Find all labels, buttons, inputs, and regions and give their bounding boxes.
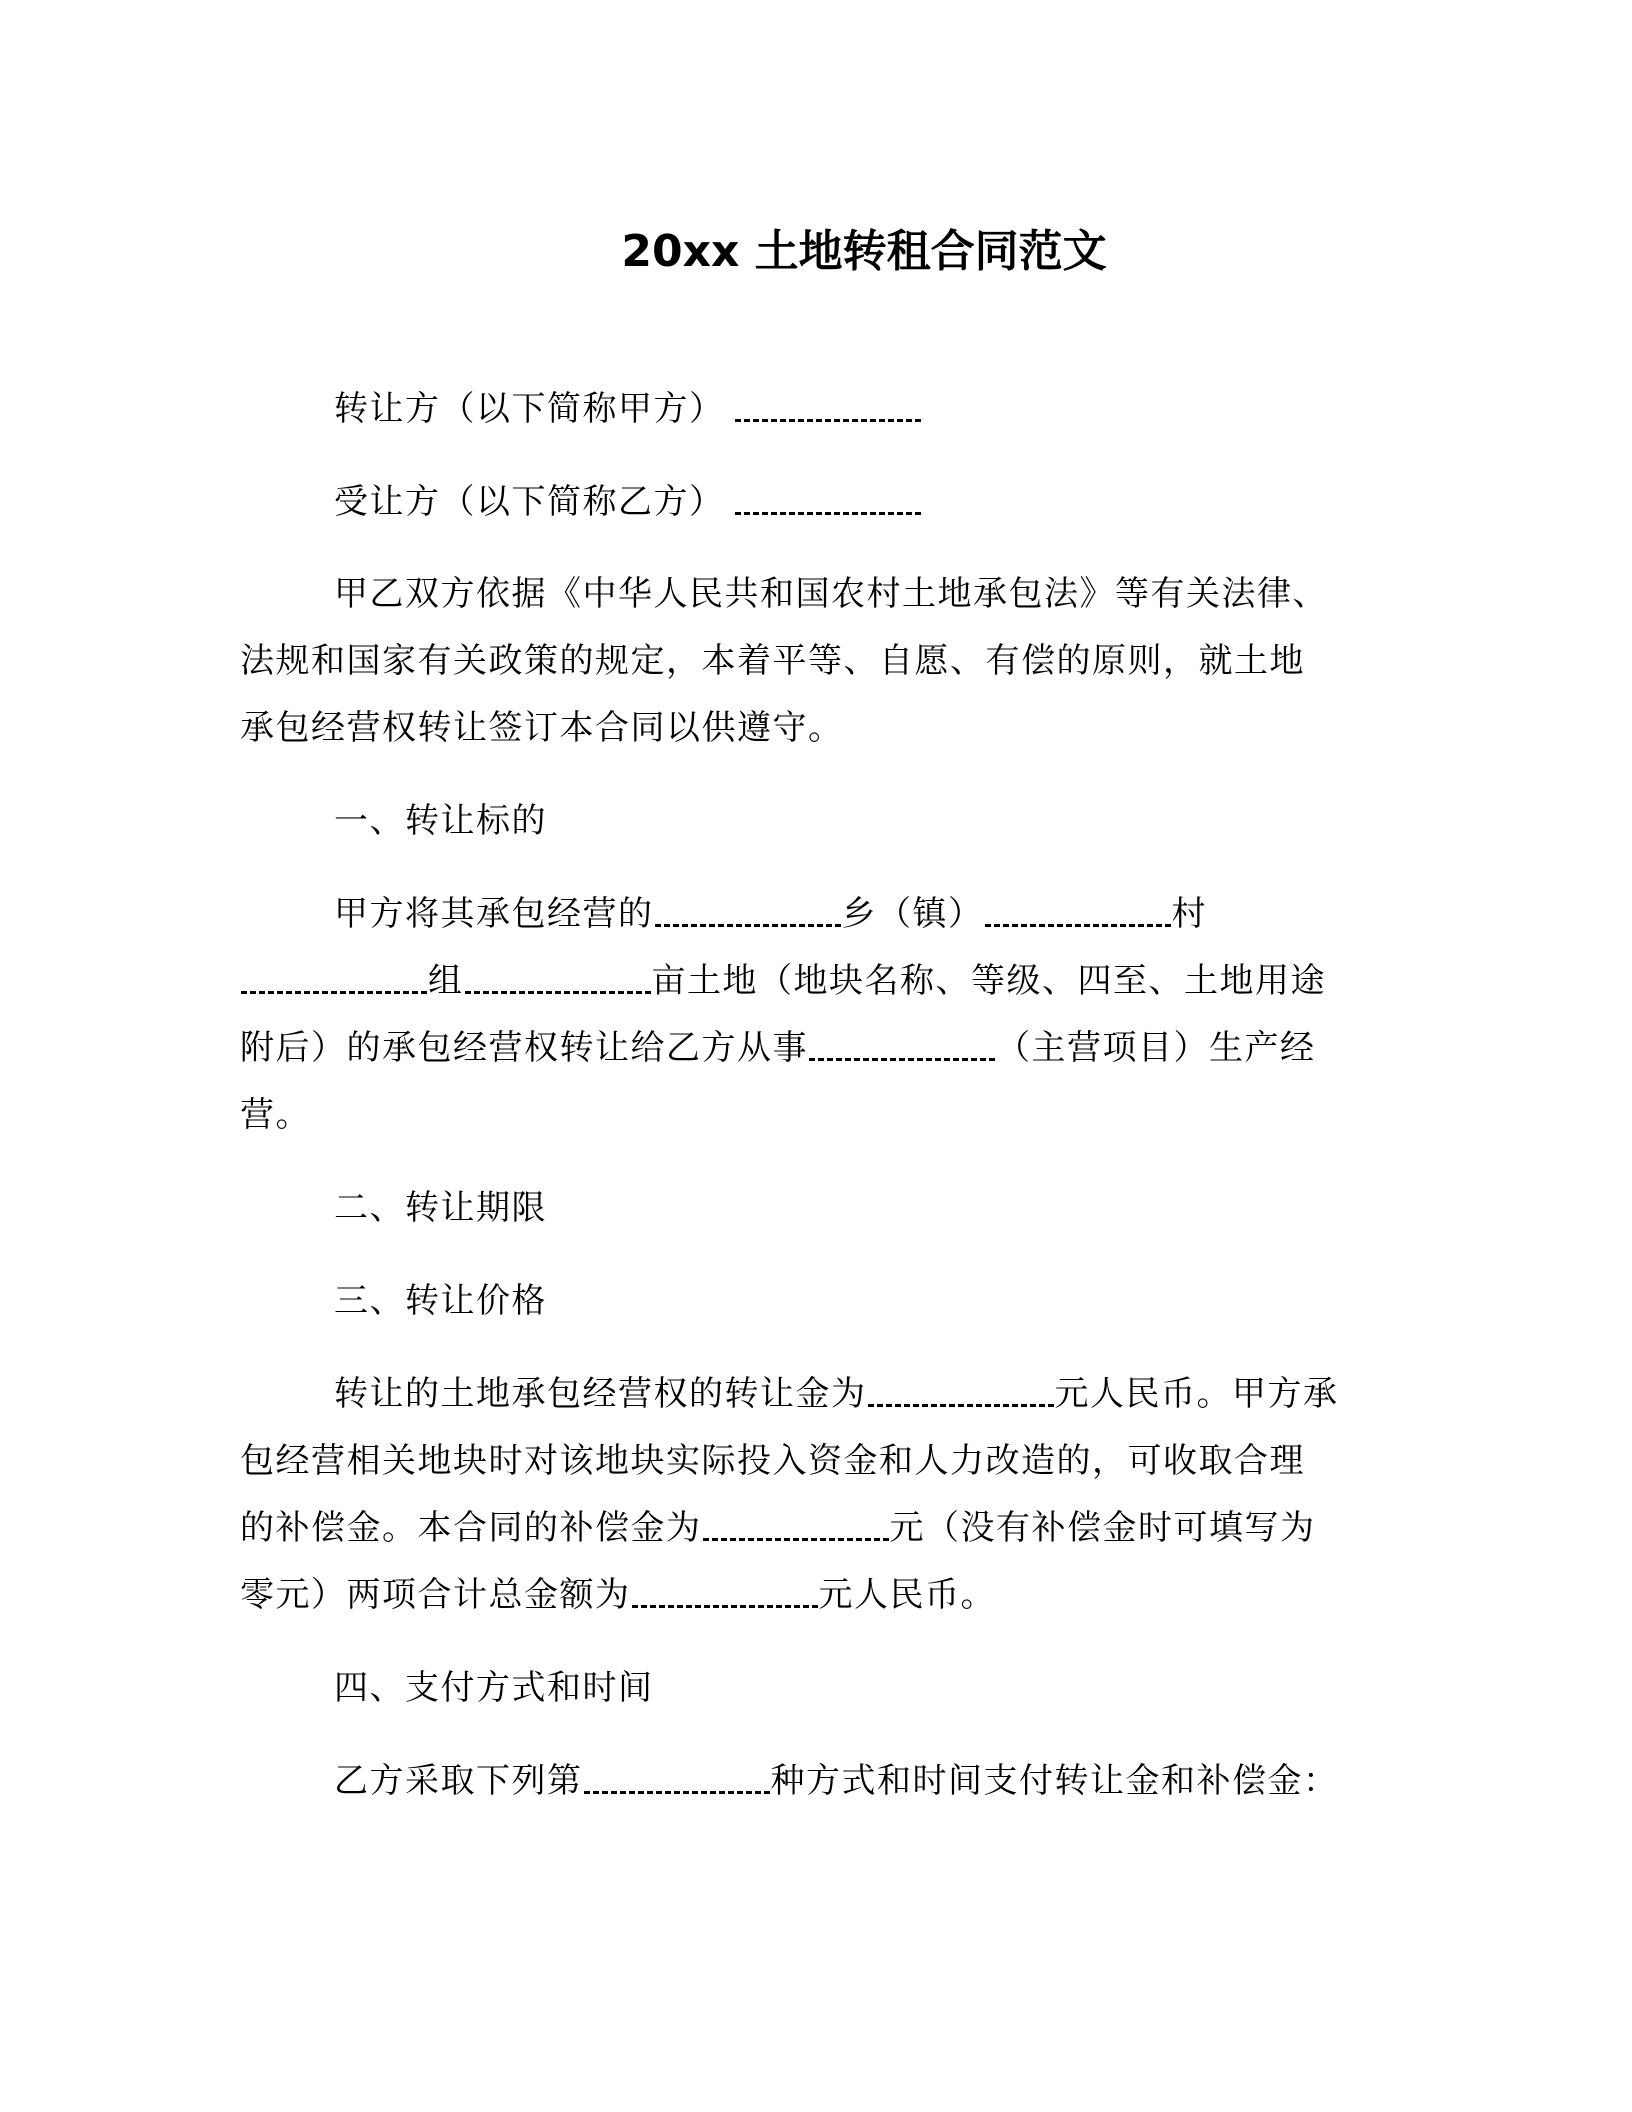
group-label: 组 xyxy=(428,961,464,1001)
section-4-text: 乙方采取下列第 xyxy=(334,1761,583,1801)
total-amount-blank[interactable] xyxy=(632,1575,818,1608)
preamble-line-1: 甲乙双方依据《中华人民共和国农村土地承包法》等有关法律、 xyxy=(334,570,1328,618)
section-1-line-3: 附后）的承包经营权转让给乙方从事（主营项目）生产经 xyxy=(240,1024,1316,1072)
section-3-text: 元人民币。 xyxy=(819,1575,997,1615)
township-blank[interactable] xyxy=(655,894,841,927)
section-1-line-4: 营。 xyxy=(240,1091,311,1139)
township-label: 乡（镇） xyxy=(842,894,984,934)
main-project-blank[interactable] xyxy=(809,1028,995,1061)
section-1-heading: 一、转让标的 xyxy=(334,797,547,845)
section-3-text: 零元）两项合计总金额为 xyxy=(240,1575,631,1615)
acreage-label: 亩土地（地块名称、等级、四至、土地用途 xyxy=(652,961,1327,1001)
section-3-line-3: 的补偿金。本合同的补偿金为元（没有补偿金时可填写为 xyxy=(240,1504,1316,1552)
group-blank[interactable] xyxy=(241,961,427,994)
transferee-label: 受让方（以下简称乙方） xyxy=(334,482,725,522)
section-3-line-1: 转让的土地承包经营权的转让金为元人民币。甲方承 xyxy=(334,1370,1339,1418)
document-title: 20xx 土地转租合同范文 xyxy=(0,222,1632,282)
village-label: 村 xyxy=(1172,894,1208,934)
main-project-label: （主营项目）生产经 xyxy=(996,1028,1316,1068)
acreage-blank[interactable] xyxy=(465,961,651,994)
preamble-line-2: 法规和国家有关政策的规定，本着平等、自愿、有偿的原则，就土地 xyxy=(240,637,1305,685)
section-4-line-1: 乙方采取下列第种方式和时间支付转让金和补偿金： xyxy=(334,1757,1339,1805)
section-3-text: 转让的土地承包经营权的转让金为 xyxy=(334,1374,867,1414)
section-3-line-4: 零元）两项合计总金额为元人民币。 xyxy=(240,1571,996,1619)
section-3-heading: 三、转让价格 xyxy=(334,1277,547,1325)
transferor-line: 转让方（以下简称甲方） xyxy=(334,385,922,433)
section-1-line-1: 甲方将其承包经营的乡（镇）村 xyxy=(334,890,1207,938)
section-3-line-2: 包经营相关地块时对该地块实际投入资金和人力改造的，可收取合理 xyxy=(240,1437,1305,1485)
document-page: 20xx 土地转租合同范文 转让方（以下简称甲方） 受让方（以下简称乙方） 甲乙… xyxy=(0,0,1632,2112)
section-1-text: 甲方将其承包经营的 xyxy=(334,894,654,934)
transferor-label: 转让方（以下简称甲方） xyxy=(334,389,725,429)
section-2-heading: 二、转让期限 xyxy=(334,1184,547,1232)
section-3-text: 的补偿金。本合同的补偿金为 xyxy=(240,1508,702,1548)
section-4-text: 种方式和时间支付转让金和补偿金： xyxy=(771,1761,1339,1801)
transferor-blank[interactable] xyxy=(735,389,921,422)
transferee-blank[interactable] xyxy=(735,482,921,515)
payment-method-blank[interactable] xyxy=(584,1761,770,1794)
section-4-heading: 四、支付方式和时间 xyxy=(334,1664,654,1712)
section-3-text: 元人民币。甲方承 xyxy=(1055,1374,1339,1414)
village-blank[interactable] xyxy=(985,894,1171,927)
section-3-text: 元（没有补偿金时可填写为 xyxy=(890,1508,1316,1548)
transferee-line: 受让方（以下简称乙方） xyxy=(334,478,922,526)
transfer-fee-blank[interactable] xyxy=(868,1374,1054,1407)
preamble-line-3: 承包经营权转让签订本合同以供遵守。 xyxy=(240,704,844,752)
compensation-blank[interactable] xyxy=(703,1508,889,1541)
section-1-text: 附后）的承包经营权转让给乙方从事 xyxy=(240,1028,808,1068)
section-1-line-2: 组亩土地（地块名称、等级、四至、土地用途 xyxy=(240,957,1326,1005)
